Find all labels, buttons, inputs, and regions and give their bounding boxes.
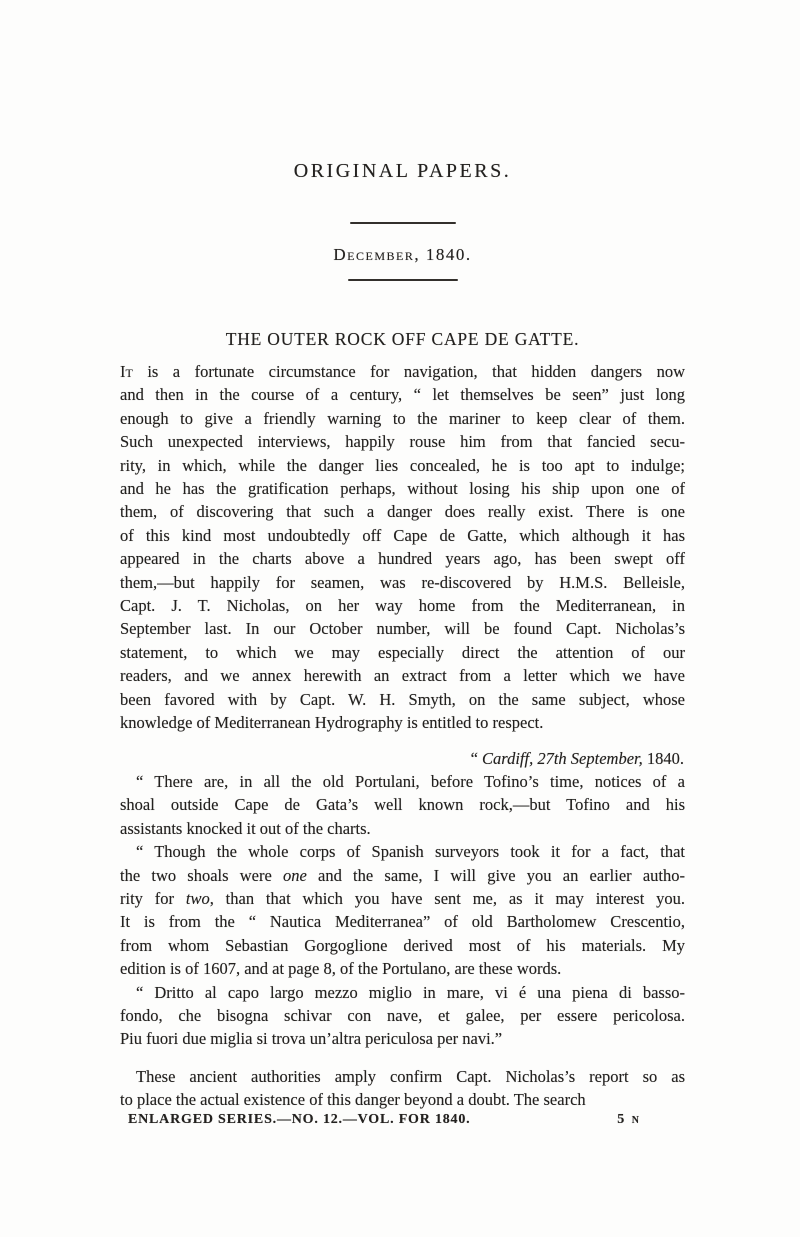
text-segment: enough to give a friendly warning to the… xyxy=(120,409,685,428)
text-line: enough to give a friendly warning to the… xyxy=(120,407,685,430)
text-segment: Capt. J. T. Nicholas, on her way home fr… xyxy=(120,596,685,615)
text-line: them,—but happily for seamen, was re-dis… xyxy=(120,571,685,594)
text-line: “ Cardiff, 27th September, 1840. xyxy=(120,747,685,770)
masthead: ORIGINAL PAPERS. December, 1840. xyxy=(120,158,685,281)
text-segment: rity, in which, while the danger lies co… xyxy=(120,456,685,475)
text-segment: It is from the “ Nautica Mediterranea” o… xyxy=(120,912,685,931)
text-line: fondo, che bisogna schivar con nave, et … xyxy=(120,1004,685,1027)
text-line: knowledge of Mediterranean Hydrography i… xyxy=(120,711,685,734)
text-line: from whom Sebastian Gorgoglione derived … xyxy=(120,934,685,957)
text-line: and he has the gratification perhaps, wi… xyxy=(120,477,685,500)
scanned-journal-page: ORIGINAL PAPERS. December, 1840. THE OUT… xyxy=(0,0,800,1237)
text-line: Such unexpected interviews, happily rous… xyxy=(120,430,685,453)
text-line: “ Dritto al capo largo mezzo miglio in m… xyxy=(120,981,685,1004)
letter-paragraph-2: “ Though the whole corps of Spanish surv… xyxy=(120,840,685,980)
text-line: rity for two, than that which you have s… xyxy=(120,887,685,910)
text-line: It is a fortunate circumstance for navig… xyxy=(120,360,685,383)
text-segment: from whom Sebastian Gorgoglione derived … xyxy=(120,936,685,955)
closing-paragraph: These ancient authorities amply confirm … xyxy=(120,1065,685,1112)
letter-paragraph-1: “ There are, in all the old Portulani, b… xyxy=(120,770,685,840)
text-line: assistants knocked it out of the charts. xyxy=(120,817,685,840)
text-segment: the two shoals were xyxy=(120,866,283,885)
text-segment: been favored with by Capt. W. H. Smyth, … xyxy=(120,690,685,709)
text-line: of this kind most undoubtedly off Cape d… xyxy=(120,524,685,547)
text-line: edition is of 1607, and at page 8, of th… xyxy=(120,957,685,980)
text-line: “ Though the whole corps of Spanish surv… xyxy=(120,840,685,863)
text-segment: knowledge of Mediterranean Hydrography i… xyxy=(120,713,543,732)
text-segment: statement, to which we may especially di… xyxy=(120,643,685,662)
italic-text: Cardiff, 27th September, xyxy=(482,749,643,768)
article-body: It is a fortunate circumstance for navig… xyxy=(120,360,685,1112)
article-title: THE OUTER ROCK OFF CAPE DE GATTE. xyxy=(120,326,685,352)
text-segment: of this kind most undoubtedly off Cape d… xyxy=(120,526,685,545)
smallcaps-text: It xyxy=(120,362,133,381)
text-segment: September last. In our October number, w… xyxy=(120,619,685,638)
text-segment: and then in the course of a century, “ l… xyxy=(120,385,685,404)
text-segment: “ Though the whole corps of Spanish surv… xyxy=(136,842,685,861)
text-line: them, of discovering that such a danger … xyxy=(120,500,685,523)
text-line: rity, in which, while the danger lies co… xyxy=(120,454,685,477)
section-title: ORIGINAL PAPERS. xyxy=(120,158,685,184)
text-segment: edition is of 1607, and at page 8, of th… xyxy=(120,959,561,978)
text-segment: Piu fuori due miglia si trova un’altra p… xyxy=(120,1029,502,1048)
text-segment: , than that which you have sent me, as i… xyxy=(210,889,685,908)
text-segment: 1840. xyxy=(643,749,684,768)
text-segment: fondo, che bisogna schivar con nave, et … xyxy=(120,1006,685,1025)
text-segment: “ Dritto al capo largo mezzo miglio in m… xyxy=(136,983,685,1002)
text-line: shoal outside Cape de Gata’s well known … xyxy=(120,793,685,816)
text-segment: to place the actual existence of this da… xyxy=(120,1090,586,1109)
text-line: September last. In our October number, w… xyxy=(120,617,685,640)
italian-quotation-paragraph: “ Dritto al capo largo mezzo miglio in m… xyxy=(120,981,685,1051)
text-segment: rity for xyxy=(120,889,186,908)
text-line: appeared in the charts above a hundred y… xyxy=(120,547,685,570)
page-footer: ENLARGED SERIES.—NO. 12.—VOL. FOR 1840. … xyxy=(120,1109,685,1131)
text-line: statement, to which we may especially di… xyxy=(120,641,685,664)
italic-text: two xyxy=(186,889,210,908)
text-line: It is from the “ Nautica Mediterranea” o… xyxy=(120,910,685,933)
opening-paragraph: It is a fortunate circumstance for navig… xyxy=(120,360,685,735)
text-segment: “ There are, in all the old Portulani, b… xyxy=(136,772,685,791)
text-line: “ There are, in all the old Portulani, b… xyxy=(120,770,685,793)
italic-text: one xyxy=(283,866,307,885)
text-segment: appeared in the charts above a hundred y… xyxy=(120,549,685,568)
text-column: ORIGINAL PAPERS. December, 1840. THE OUT… xyxy=(120,0,685,1131)
text-segment: Such unexpected interviews, happily rous… xyxy=(120,432,685,451)
signature-mark: 5 N xyxy=(617,1109,641,1131)
issue-date: December, 1840. xyxy=(120,244,685,266)
text-segment: them,—but happily for seamen, was re-dis… xyxy=(120,573,685,592)
text-line: Piu fuori due miglia si trova un’altra p… xyxy=(120,1027,685,1050)
text-segment: assistants knocked it out of the charts. xyxy=(120,819,371,838)
divider-rule-top xyxy=(350,222,456,224)
text-segment: and the same, I will give you an earlier… xyxy=(307,866,685,885)
letter-dateline: “ Cardiff, 27th September, 1840. xyxy=(120,747,685,770)
text-line: readers, and we annex herewith an extrac… xyxy=(120,664,685,687)
text-segment: them, of discovering that such a danger … xyxy=(120,502,685,521)
text-segment: and he has the gratification perhaps, wi… xyxy=(120,479,685,498)
text-segment: is a fortunate circumstance for navigati… xyxy=(133,362,685,381)
text-line: and then in the course of a century, “ l… xyxy=(120,383,685,406)
text-line: Capt. J. T. Nicholas, on her way home fr… xyxy=(120,594,685,617)
series-imprint: ENLARGED SERIES.—NO. 12.—VOL. FOR 1840. xyxy=(120,1109,470,1131)
text-segment: “ xyxy=(471,749,482,768)
divider-rule-bottom xyxy=(348,279,458,281)
text-line: These ancient authorities amply confirm … xyxy=(120,1065,685,1088)
text-line: the two shoals were one and the same, I … xyxy=(120,864,685,887)
text-segment: readers, and we annex herewith an extrac… xyxy=(120,666,685,685)
text-segment: These ancient authorities amply confirm … xyxy=(136,1067,685,1086)
text-line: been favored with by Capt. W. H. Smyth, … xyxy=(120,688,685,711)
text-segment: shoal outside Cape de Gata’s well known … xyxy=(120,795,685,814)
